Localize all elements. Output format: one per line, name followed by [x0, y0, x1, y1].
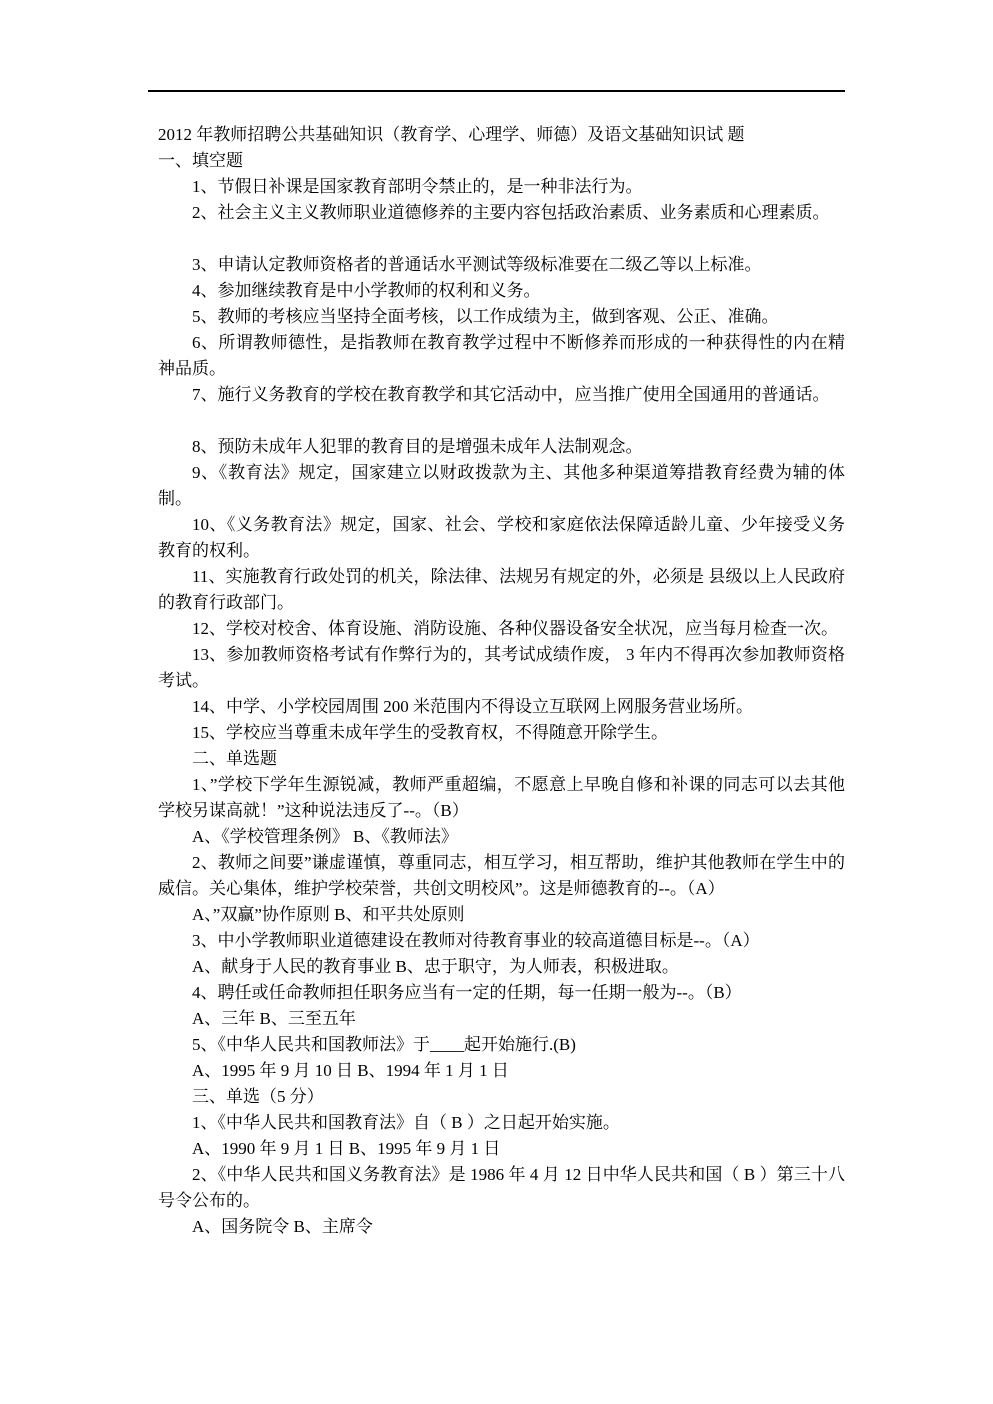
- fill-in-item: 6、所谓教师德性，是指教师在教育教学过程中不断修养而形成的一种获得性的内在精神品…: [158, 330, 845, 382]
- mcq-question: 3、中小学教师职业道德建设在教师对待教育事业的较高道德目标是--。（A）: [158, 928, 845, 954]
- section-1-heading: 一、填空题: [158, 148, 845, 174]
- fill-in-item: 8、预防未成年人犯罪的教育目的是增强未成年人法制观念。: [158, 434, 845, 460]
- section-3-heading: 三、单选（5 分）: [158, 1084, 845, 1110]
- mcq-question: 1、”学校下学年生源锐减，教师严重超编，不愿意上早晚自修和补课的同志可以去其他学…: [158, 772, 845, 824]
- mcq-question: 5、《中华人民共和国教师法》于____起开始施行.(B): [158, 1032, 845, 1058]
- fill-in-item: 9、《教育法》规定，国家建立以财政拨款为主、其他多种渠道筹措教育经费为辅的体制。: [158, 460, 845, 512]
- document-page: 2012 年教师招聘公共基础知识（教育学、心理学、师德）及语文基础知识试 题 一…: [0, 0, 993, 1404]
- fill-in-item: 12、学校对校舍、体育设施、消防设施、各种仪器设备安全状况，应当每月检查一次。: [158, 616, 845, 642]
- fill-in-item: 7、施行义务教育的学校在教育教学和其它活动中，应当推广使用全国通用的普通话。: [158, 382, 845, 408]
- document-body: 2012 年教师招聘公共基础知识（教育学、心理学、师德）及语文基础知识试 题 一…: [158, 122, 845, 1240]
- mcq-question: 1、《中华人民共和国教育法》自（ B ）之日起开始实施。: [158, 1110, 845, 1136]
- fill-in-item: 10、《义务教育法》规定，国家、社会、学校和家庭依法保障适龄儿童、少年接受义务教…: [158, 512, 845, 564]
- mcq-question: 2、教师之间要”谦虚谨慎，尊重同志，相互学习，相互帮助，维护其他教师在学生中的威…: [158, 850, 845, 902]
- mcq-question: 4、聘任或任命教师担任职务应当有一定的任期，每一任期一般为--。（B）: [158, 980, 845, 1006]
- fill-in-item: 11、实施教育行政处罚的机关，除法律、法规另有规定的外，必须是 县级以上人民政府…: [158, 564, 845, 616]
- mcq-options: A、《学校管理条例》 B、《教师法》: [158, 824, 845, 850]
- section-2-heading: 二、单选题: [158, 746, 845, 772]
- fill-in-item: 15、学校应当尊重未成年学生的受教育权，不得随意开除学生。: [158, 720, 845, 746]
- mcq-options: A、1990 年 9 月 1 日 B、1995 年 9 月 1 日: [158, 1136, 845, 1162]
- document-title: 2012 年教师招聘公共基础知识（教育学、心理学、师德）及语文基础知识试 题: [158, 122, 845, 148]
- mcq-options: A、献身于人民的教育事业 B、忠于职守，为人师表，积极进取。: [158, 954, 845, 980]
- mcq-question: 2、《中华人民共和国义务教育法》是 1986 年 4 月 12 日中华人民共和国…: [158, 1162, 845, 1214]
- fill-in-item: 5、教师的考核应当坚持全面考核，以工作成绩为主，做到客观、公正、准确。: [158, 304, 845, 330]
- fill-in-item: 13、参加教师资格考试有作弊行为的，其考试成绩作废， 3 年内不得再次参加教师资…: [158, 642, 845, 694]
- blank-line: [158, 408, 845, 434]
- fill-in-item: 1、节假日补课是国家教育部明令禁止的，是一种非法行为。: [158, 174, 845, 200]
- blank-line: [158, 226, 845, 252]
- header-divider-line: [148, 90, 845, 92]
- mcq-options: A、国务院令 B、主席令: [158, 1214, 845, 1240]
- mcq-options: A、1995 年 9 月 10 日 B、1994 年 1 月 1 日: [158, 1058, 845, 1084]
- mcq-options: A、三年 B、三至五年: [158, 1006, 845, 1032]
- fill-in-item: 3、申请认定教师资格者的普通话水平测试等级标准要在二级乙等以上标准。: [158, 252, 845, 278]
- fill-in-item: 14、中学、小学校园周围 200 米范围内不得设立互联网上网服务营业场所。: [158, 694, 845, 720]
- mcq-options: A、”双赢”协作原则 B、和平共处原则: [158, 902, 845, 928]
- fill-in-item: 2、社会主义主义教师职业道德修养的主要内容包括政治素质、业务素质和心理素质。: [158, 200, 845, 226]
- fill-in-item: 4、参加继续教育是中小学教师的权利和义务。: [158, 278, 845, 304]
